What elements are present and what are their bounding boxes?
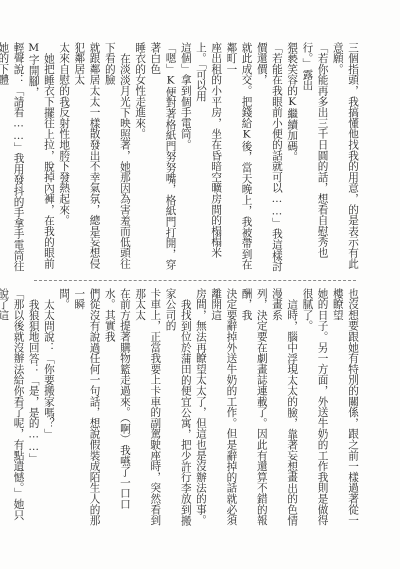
paragraph: 座出租的小平房，坐在昏暗空曠房間的榻榻米上。「可以用	[193, 42, 223, 274]
paragraph: 就此成交。把錢給K後，當天晚上，我被帶到在鄰町一	[223, 42, 253, 274]
paragraph: 「那以後就沒辦法給你看了呢，有點遺憾。」她只說了這	[0, 288, 26, 528]
paragraph: 們從沒有說過任何一句話，想說假裝成陌生人的那一瞬	[71, 288, 101, 528]
paragraph: 在前方提著購物籃走過來。（啊）我嚥了一口口水。其實我	[102, 288, 132, 528]
book-page: 三個指頭，我搞懂他找我的用意，的是表示有此意願。 「若你能再多出三千日圓的話，想…	[0, 0, 400, 569]
paragraph: 在淡淡月光下映照著，她那因為害羞而低頭往下看的臉	[102, 42, 132, 274]
paragraph: 卡車上，正當我要上卡車的副駕駛座時，突然看到那太太	[132, 288, 162, 528]
paragraph: 這時，腦中浮現太太的臉，靠著妄想畫出的色情漫畫系	[269, 288, 299, 528]
paragraph: 房間，無法再瞭望太太了，但這也是沒辦法的事。	[193, 288, 208, 528]
paragraph: 輕聲說：「請看……」我用發抖的手拿手電筒往她的下體	[0, 42, 26, 274]
paragraph: 列，決定要在劇畫誌連載了。因此有還算不錯的報酬，我	[238, 288, 268, 528]
paragraph: 決定要辭掉外送牛奶的工作。但是辭掉的話就必須離開這	[208, 288, 238, 528]
paragraph: 我狼狽地回答：「是，是的……」	[26, 288, 41, 528]
paragraph: 「若你能再多出三千日圓的話，想看自慰秀也行。」露出	[299, 42, 329, 274]
paragraph: 太太問說：「你要搬家嗎？」	[41, 288, 56, 528]
paragraph: 猥褻笑容的K繼續加碼。	[284, 42, 299, 274]
paragraph: 就跟鄰居太太一樣散發出不幸氣氛，總是妄想侵犯鄰居太	[71, 42, 101, 274]
paragraph: 「若能在我眼前小便的話就可以……」我這樣討價還價，	[254, 42, 284, 274]
paragraph: 她的日子。另一方面，外送牛奶的工作我則是做得很膩了。	[299, 288, 329, 528]
paragraph: 也沒想要跟她有特別的關係，跟之前一樣過著從一樓瞭望	[330, 288, 360, 528]
paragraph: 太來自慰的我反射性地胯下發熱起來。	[56, 42, 71, 274]
paragraph: 我找到位於蒲田的便宜公寓，把少許行李放到搬家公司的	[162, 288, 192, 528]
paragraph: 這個」拿到個手電筒。	[178, 42, 193, 274]
paragraph: 她把睡衣下擺往上拉，脫掉內褲，在我的眼前M字開腳，	[26, 42, 56, 274]
top-text-section: 三個指頭，我搞懂他找我的用意，的是表示有此意願。 「若你能再多出三千日圓的話，想…	[34, 42, 360, 274]
paragraph: 三個指頭，我搞懂他找我的用意，的是表示有此意願。	[330, 42, 360, 274]
bottom-text-section: 也沒想要跟她有特別的關係，跟之前一樣過著從一樓瞭望 她的日子。另一方面，外送牛奶…	[34, 288, 360, 528]
paragraph: 睡衣的女性走進來。	[132, 42, 147, 274]
paragraph: 間。	[56, 288, 71, 528]
paragraph: 「嗯」K便對著格紙門努努嘴，格紙門打開，穿著白色	[147, 42, 177, 274]
section-divider	[34, 280, 356, 281]
